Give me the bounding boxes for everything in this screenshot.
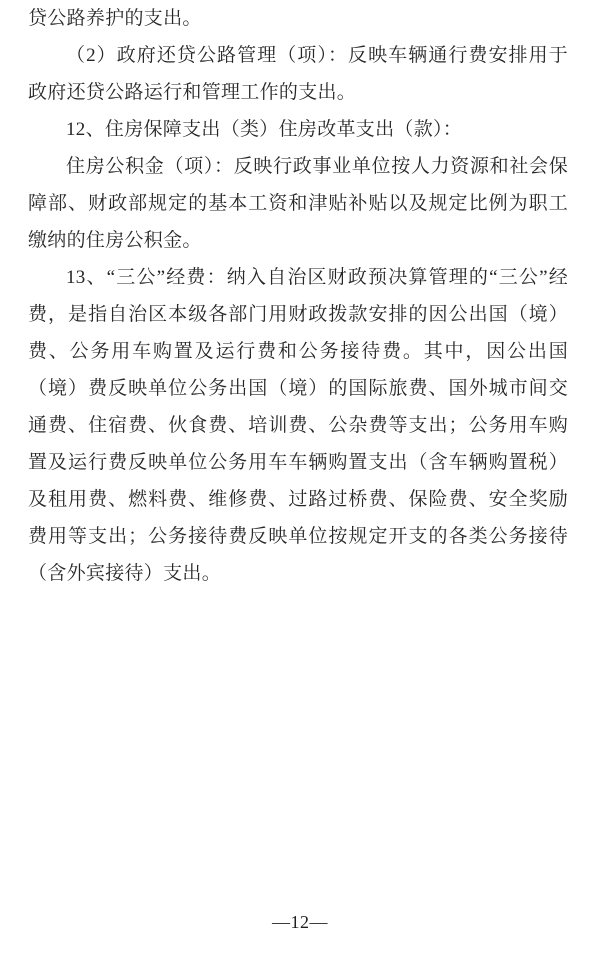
- paragraph-three-public-funds: 13、“三公”经费：纳入自治区财政预决算管理的“三公”经费，是指自治区本级各部门…: [28, 259, 568, 592]
- document-body: 贷公路养护的支出。 （2）政府还贷公路管理（项）：反映车辆通行费安排用于政府还贷…: [28, 0, 568, 592]
- document-page: 贷公路养护的支出。 （2）政府还贷公路管理（项）：反映车辆通行费安排用于政府还贷…: [0, 0, 600, 971]
- page-number: —12—: [272, 912, 328, 932]
- page-footer: —12—: [0, 908, 600, 936]
- paragraph-housing-security-heading: 12、住房保障支出（类）住房改革支出（款）：: [28, 111, 568, 148]
- paragraph-continuation: 贷公路养护的支出。: [28, 0, 568, 37]
- paragraph-housing-fund: 住房公积金（项）：反映行政事业单位按人力资源和社会保障部、财政部规定的基本工资和…: [28, 148, 568, 259]
- paragraph-govt-repayment-road-item: （2）政府还贷公路管理（项）：反映车辆通行费安排用于政府还贷公路运行和管理工作的…: [28, 37, 568, 111]
